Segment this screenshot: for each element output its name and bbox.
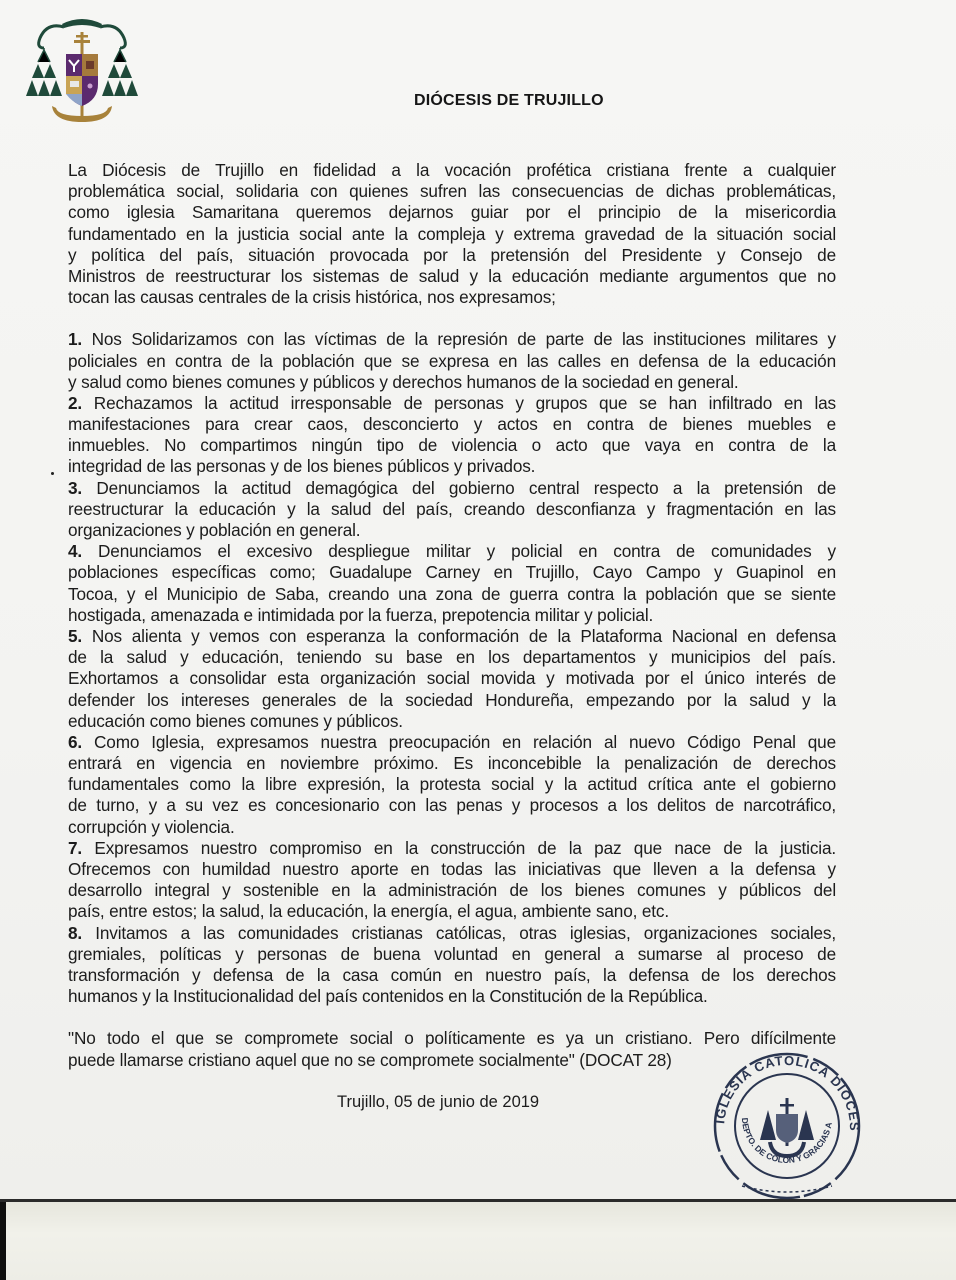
coat-of-arms-icon — [22, 10, 142, 130]
text-line: tocan las causas centrales de la crisis … — [68, 287, 836, 308]
point-4: 4. Denunciamos el excesivo despliegue mi… — [68, 541, 836, 626]
point-2: 2. Rechazamos la actitud irresponsable d… — [68, 393, 836, 478]
text-line: La Diócesis de Trujillo en fidelidad a l… — [68, 160, 836, 181]
point-number: 2. — [68, 393, 82, 413]
intro-paragraph: La Diócesis de Trujillo en fidelidad a l… — [68, 160, 836, 308]
point-number: 5. — [68, 626, 82, 646]
point-1: 1. Nos Solidarizamos con las víctimas de… — [68, 329, 836, 393]
point-number: 1. — [68, 329, 82, 349]
text-line: y política del país, situación provocada… — [68, 245, 836, 266]
background-surface — [0, 1202, 956, 1280]
point-7: 7. Expresamos nuestro compromiso en la c… — [68, 838, 836, 923]
point-number: 8. — [68, 923, 82, 943]
text-line: como iglesia Samaritana queremos dejarno… — [68, 202, 836, 223]
point-8: 8. Invitamos a las comunidades cristiana… — [68, 923, 836, 1008]
point-number: 3. — [68, 478, 82, 498]
signature-date: Trujillo, 05 de junio de 2019 — [337, 1093, 539, 1112]
point-6: 6. Como Iglesia, expresamos nuestra preo… — [68, 732, 836, 838]
dark-edge — [0, 1202, 6, 1280]
text-line: problemática social, solidaria con quien… — [68, 181, 836, 202]
document-page: DIÓCESIS DE TRUJILLO La Diócesis de Truj… — [0, 0, 956, 1202]
point-5: 5. Nos alienta y vemos con esperanza la … — [68, 626, 836, 732]
diocese-seal-stamp-icon: IGLESIA CATOLICA DIOCESIS DE TRUJILLO DE… — [702, 1048, 872, 1203]
point-3: 3. Denunciamos la actitud demagógica del… — [68, 478, 836, 542]
text-line: fundamentado en la justicia social ante … — [68, 224, 836, 245]
document-body: La Diócesis de Trujillo en fidelidad a l… — [68, 160, 836, 1071]
point-number: 6. — [68, 732, 82, 752]
point-number: 4. — [68, 541, 82, 561]
point-number: 7. — [68, 838, 82, 858]
ink-speck — [51, 472, 54, 475]
document-title: DIÓCESIS DE TRUJILLO — [414, 92, 604, 110]
text-line: Ministros de reestructurar los sistemas … — [68, 266, 836, 287]
